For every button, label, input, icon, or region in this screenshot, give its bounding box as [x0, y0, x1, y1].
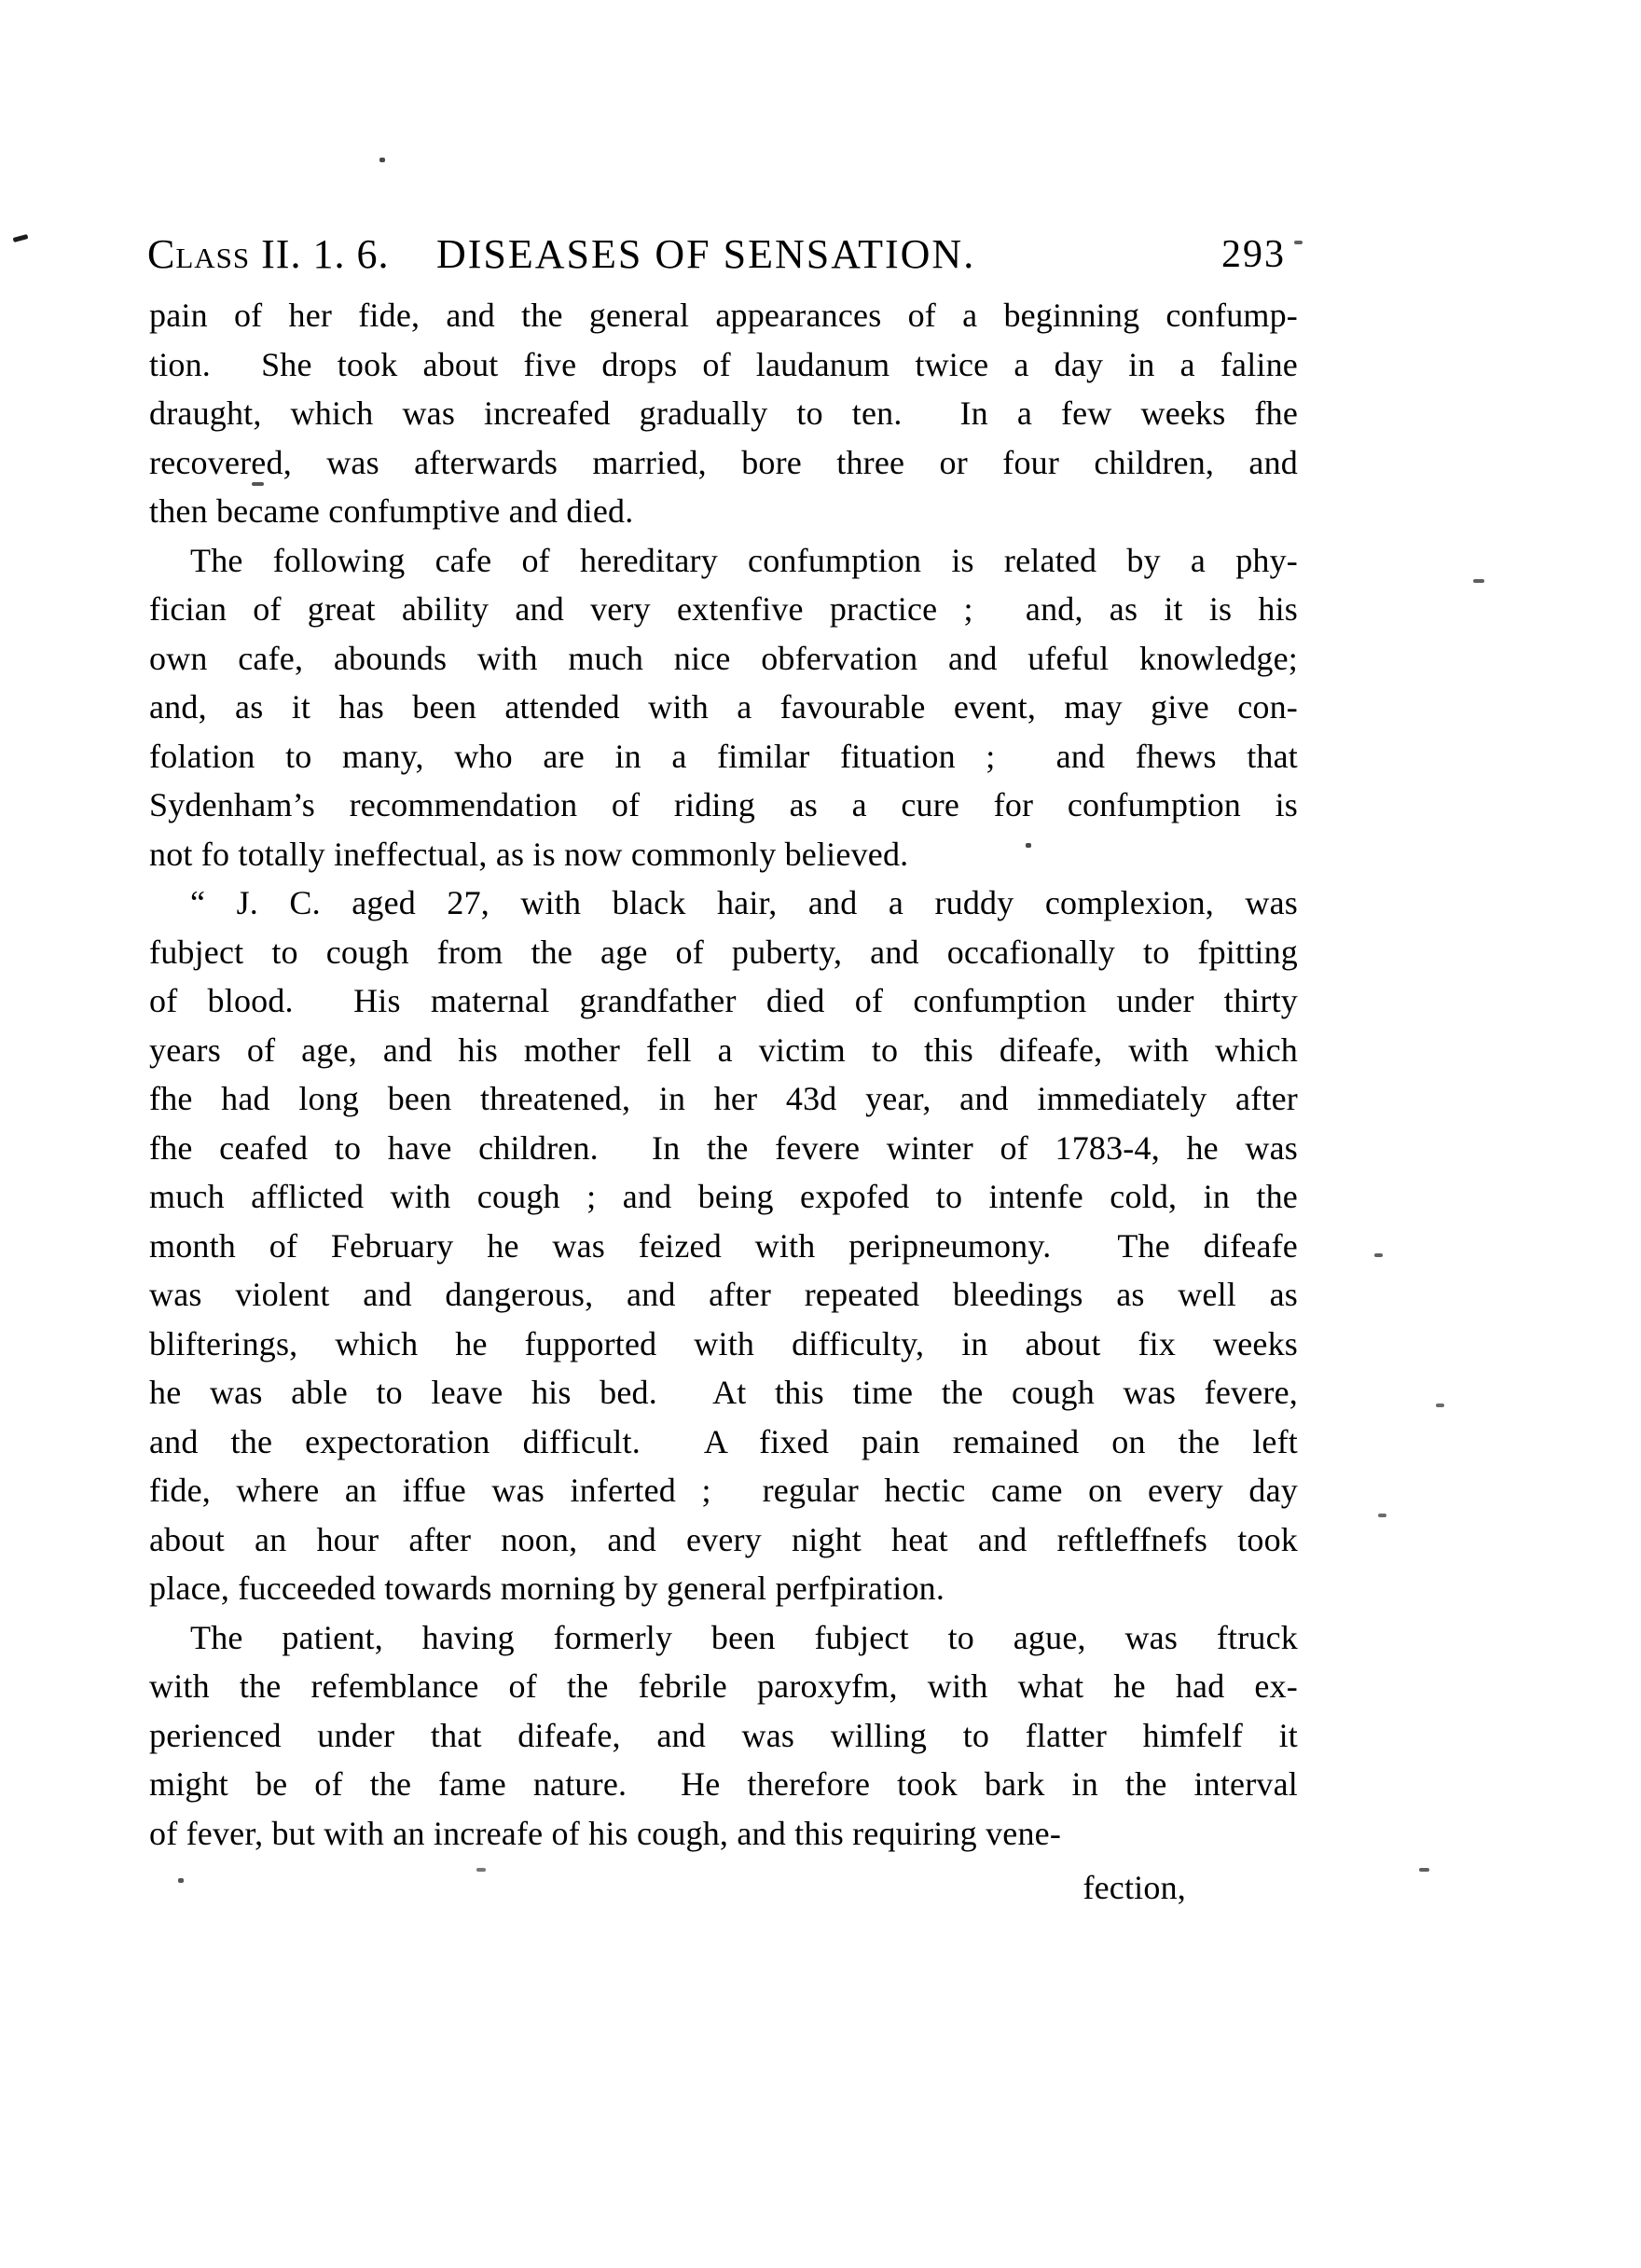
- class-section-label: Class II. 1. 6.: [147, 230, 389, 278]
- ink-speck: [178, 1878, 184, 1883]
- ink-speck: [1436, 1404, 1444, 1407]
- text-line: might be of the fame nature. He therefor…: [149, 1760, 1298, 1809]
- ink-speck: [1294, 241, 1303, 244]
- text-line: perienced under that difeafe, and was wi…: [149, 1711, 1298, 1761]
- ink-speck: [1419, 1868, 1429, 1872]
- text-line: of blood. His maternal grandfather died …: [149, 976, 1298, 1026]
- ink-speck: [1473, 579, 1484, 583]
- ink-speck: [379, 158, 385, 162]
- page-title: DISEASES OF SENSATION.: [436, 230, 975, 278]
- text-line: tion. She took about five drops of lauda…: [149, 340, 1298, 390]
- text-line: much afflicted with cough ; and being ex…: [149, 1172, 1298, 1222]
- text-line: Sydenham’s recommendation of riding as a…: [149, 781, 1298, 830]
- text-line: fhe ceafed to have children. In the feve…: [149, 1124, 1298, 1173]
- text-line: fician of great ability and very extenfi…: [149, 585, 1298, 634]
- text-line: draught, which was increafed gradually t…: [149, 389, 1298, 438]
- text-line: about an hour after noon, and every nigh…: [149, 1515, 1298, 1565]
- text-line: place, fucceeded towards morning by gene…: [149, 1564, 1298, 1613]
- ink-speck: [252, 482, 264, 486]
- page-number: 293: [1221, 232, 1286, 277]
- text-line: own cafe, abounds with much nice obferva…: [149, 634, 1298, 684]
- text-line: folation to many, who are in a fimilar f…: [149, 732, 1298, 781]
- running-head: Class II. 1. 6. DISEASES OF SENSATION. 2…: [0, 230, 1641, 286]
- text-line: was violent and dangerous, and after rep…: [149, 1270, 1298, 1320]
- book-page: Class II. 1. 6. DISEASES OF SENSATION. 2…: [0, 0, 1641, 2268]
- text-line: The patient, having formerly been fubjec…: [149, 1613, 1298, 1663]
- text-line: then became confumptive and died.: [149, 487, 1298, 536]
- text-line: The following cafe of hereditary confump…: [149, 536, 1298, 586]
- text-line: pain of her fide, and the general appear…: [149, 291, 1298, 340]
- text-line: fhe had long been threatened, in her 43d…: [149, 1074, 1298, 1124]
- text-line: years of age, and his mother fell a vict…: [149, 1026, 1298, 1075]
- ink-speck: [1374, 1253, 1383, 1257]
- text-line: and, as it has been attended with a favo…: [149, 683, 1298, 732]
- catchword: fection,: [149, 1863, 1298, 1913]
- text-line: with the refemblance of the febrile paro…: [149, 1662, 1298, 1711]
- text-line: of fever, but with an increafe of his co…: [149, 1809, 1298, 1859]
- text-line: and the expectoration difficult. A fixed…: [149, 1417, 1298, 1467]
- text-line: fide, where an iffue was inferted ; regu…: [149, 1466, 1298, 1515]
- text-line: blifterings, which he fupported with dif…: [149, 1320, 1298, 1369]
- ink-speck: [476, 1868, 486, 1872]
- ink-speck: [1378, 1514, 1386, 1517]
- text-line: he was able to leave his bed. At this ti…: [149, 1368, 1298, 1417]
- ink-speck: [1026, 843, 1031, 848]
- text-line: fubject to cough from the age of puberty…: [149, 928, 1298, 977]
- text-line: recovered, was afterwards married, bore …: [149, 438, 1298, 488]
- text-line: not fo totally ineffectual, as is now co…: [149, 830, 1298, 879]
- text-line: “ J. C. aged 27, with black hair, and a …: [149, 878, 1298, 928]
- body-text: pain of her fide, and the general appear…: [149, 291, 1298, 1913]
- text-line: month of February he was feized with per…: [149, 1222, 1298, 1271]
